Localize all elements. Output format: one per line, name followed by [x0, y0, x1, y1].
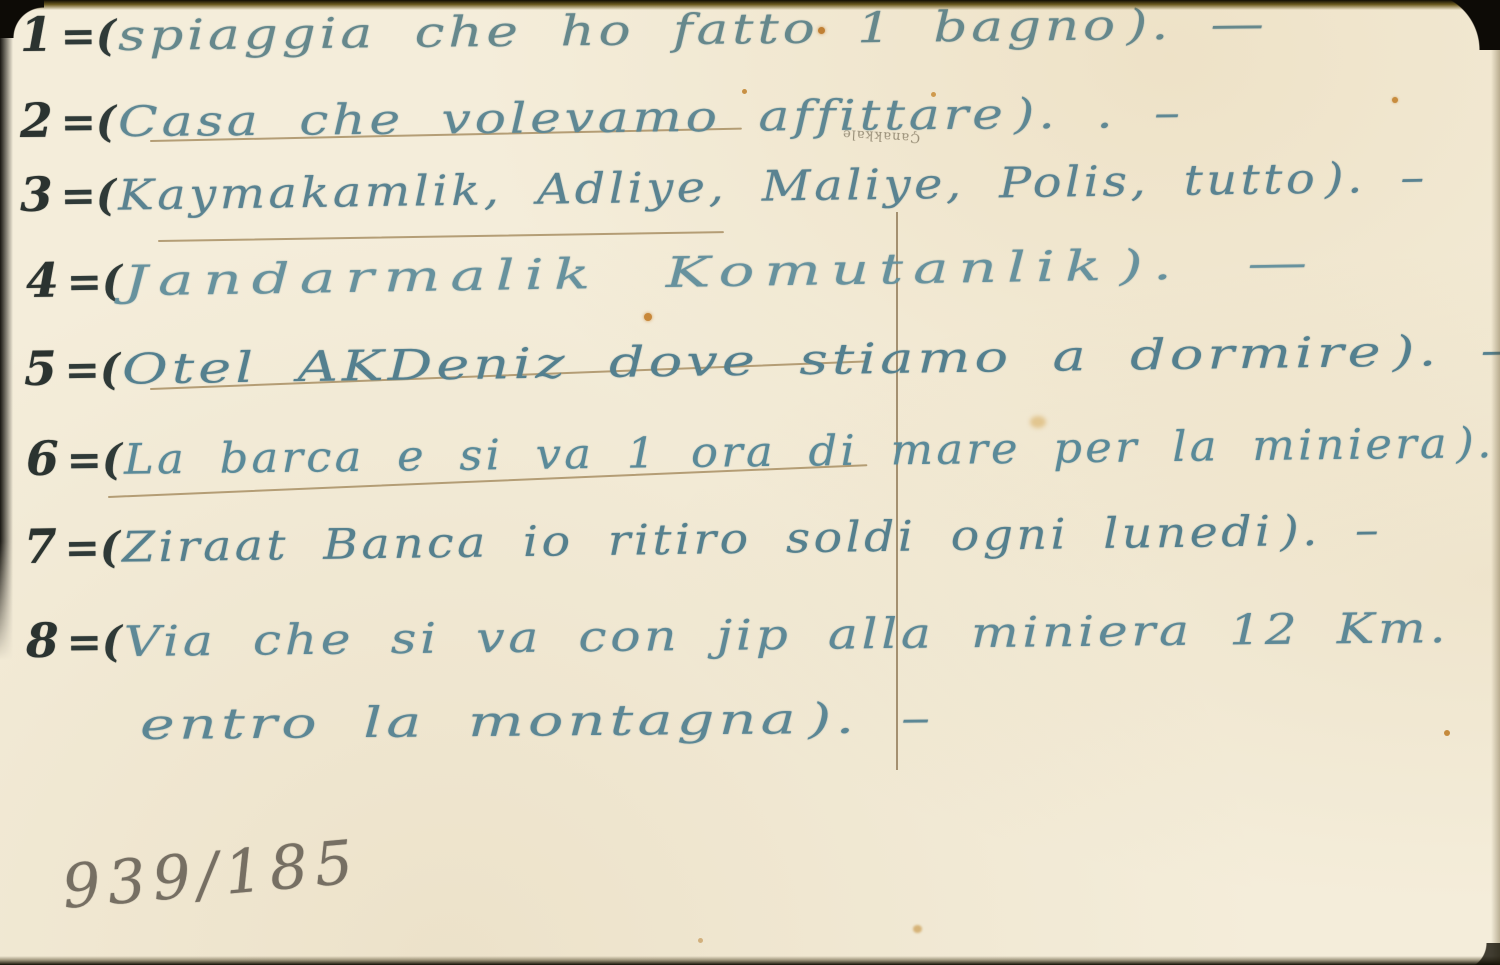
- postcard-scan: Çanakkale 1=(spiaggia che ho fatto 1 bag…: [0, 0, 1500, 965]
- foxing-spot: [1030, 416, 1046, 428]
- line-text: Ziraat Banca io ritiro soldi ogni lunedi: [121, 507, 1273, 572]
- line-close: [1449, 603, 1457, 652]
- card-corner-top-right: [1422, 0, 1500, 50]
- foxing-spot: [698, 938, 703, 943]
- foxing-spot: [913, 925, 922, 933]
- line-number: 8: [26, 614, 61, 669]
- handwritten-line-4: 4=(Jandarmalik Komutanlik). —: [26, 239, 965, 309]
- line-text: La barca e si va 1 ora di mare per la mi…: [123, 419, 1449, 484]
- line-close: ). . –: [1006, 88, 1183, 139]
- card-corner-top-left: [0, 0, 44, 38]
- card-bottom-edge: [0, 956, 1500, 965]
- equals-paren: =(: [54, 171, 118, 221]
- line-close: ). —: [1110, 238, 1317, 290]
- printed-address-rule: [158, 231, 724, 242]
- line-close: ). –: [800, 693, 935, 743]
- card-right-edge: [1491, 0, 1500, 965]
- line-close: ). –: [1384, 325, 1500, 376]
- handwritten-line-3: 3=(Kaymakamlik, Adliye, Maliye, Polis, t…: [20, 151, 1267, 223]
- line-text: Jandarmalik Komutanlik: [123, 241, 1111, 305]
- line-close: ).: [1449, 418, 1494, 468]
- line-text: Casa che volevamo affittare: [118, 89, 1007, 146]
- equals-paren: =(: [54, 97, 118, 147]
- printed-center-divider: [896, 212, 898, 770]
- foxing-spot: [818, 27, 825, 34]
- foxing-spot: [1392, 97, 1398, 103]
- equals-paren: =(: [60, 256, 124, 306]
- equals-paren: =(: [58, 345, 122, 395]
- pencil-archive-number: 939/185: [60, 827, 363, 923]
- line-number: 4: [26, 253, 62, 309]
- line-close: ). –: [1318, 152, 1428, 203]
- equals-paren: =(: [58, 523, 122, 573]
- handwritten-line-8-continuation: entro la montagna). –: [140, 695, 708, 749]
- line-text: Via che si va con jip alla miniera 12 Km…: [124, 603, 1450, 666]
- card-corner-bottom-right: [1460, 943, 1500, 965]
- line-number: 7: [24, 520, 59, 575]
- card-top-edge: [0, 0, 1500, 10]
- handwritten-line-6: 6=(La barca e si va 1 ora di mare per la…: [26, 415, 1405, 487]
- foxing-spot: [644, 313, 652, 321]
- handwritten-line-5: 5=(Otel AKDeniz dove stiamo a dormire). …: [24, 326, 1168, 397]
- line-text: entro la montagna: [140, 694, 800, 749]
- equals-paren: =(: [60, 617, 124, 667]
- line-number: 6: [26, 432, 61, 487]
- handwritten-line-8: 8=(Via che si va con jip alla miniera 12…: [26, 601, 1235, 669]
- line-text: Kaymakamlik, Adliye, Maliye, Polis, tutt…: [117, 154, 1318, 220]
- handwritten-line-2: 2=(Casa che volevamo affittare). . –: [20, 86, 978, 149]
- equals-paren: =(: [60, 435, 124, 485]
- foxing-spot: [742, 89, 747, 94]
- line-close: ). –: [1273, 505, 1382, 556]
- line-number: 5: [24, 342, 59, 397]
- handwritten-line-7: 7=(Ziraat Banca io ritiro soldi ogni lun…: [24, 503, 1238, 575]
- line-text: Otel AKDeniz dove stiamo a dormire: [121, 327, 1384, 394]
- card-left-edge: [0, 0, 13, 660]
- foxing-spot: [931, 92, 936, 97]
- foxing-spot: [1444, 730, 1450, 736]
- line-number: 2: [20, 94, 55, 149]
- equals-paren: =(: [54, 11, 118, 61]
- line-number: 3: [20, 168, 55, 223]
